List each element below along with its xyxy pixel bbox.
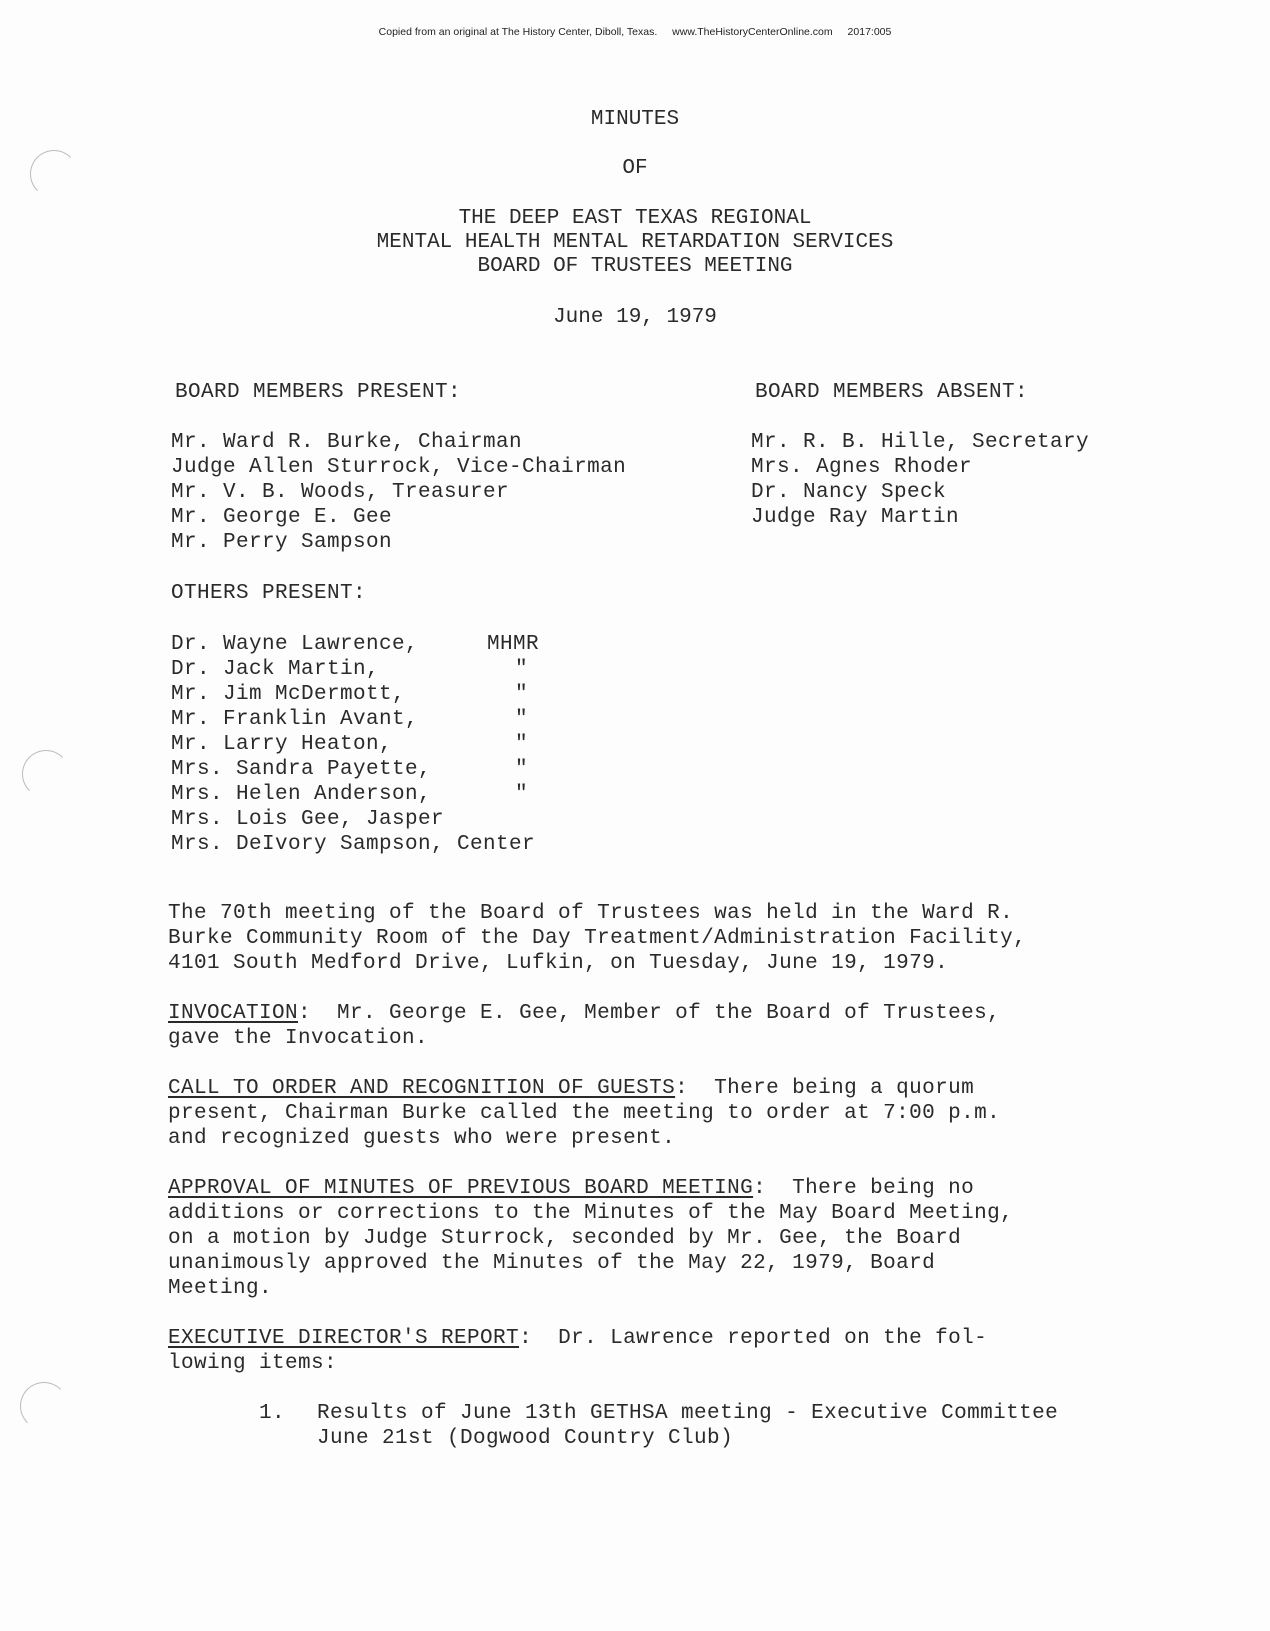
section-heading: INVOCATION <box>168 1002 298 1025</box>
absent-member: Mr. R. B. Hille, Secretary <box>751 430 1089 455</box>
paragraph-text: Meeting. <box>168 1276 272 1301</box>
person-name: Dr. Jack Martin, <box>171 658 379 681</box>
person-org: " <box>515 757 528 782</box>
person-name: Mrs. DeIvory Sampson, Center <box>171 833 535 856</box>
others-row: Mr. Larry Heaton," <box>171 732 535 757</box>
present-member: Mr. George E. Gee <box>171 505 392 530</box>
present-member: Mr. Ward R. Burke, Chairman <box>171 430 522 455</box>
person-name: Mrs. Lois Gee, Jasper <box>171 808 444 831</box>
title-of: OF <box>0 157 1270 181</box>
others-heading: OTHERS PRESENT: <box>171 581 366 606</box>
absent-member: Dr. Nancy Speck <box>751 480 946 505</box>
item-number: 1. <box>259 1401 285 1426</box>
others-row: Mr. Franklin Avant," <box>171 707 535 732</box>
paragraph-text: : There being no <box>753 1177 974 1200</box>
person-name: Mrs. Sandra Payette, <box>171 758 431 781</box>
person-name: Mr. Franklin Avant, <box>171 708 418 731</box>
paragraph-text: present, Chairman Burke called the meeti… <box>168 1101 1000 1126</box>
copy-notice: Copied from an original at The History C… <box>0 26 1270 38</box>
section-heading: EXECUTIVE DIRECTOR'S REPORT <box>168 1327 519 1350</box>
person-name: Mrs. Helen Anderson, <box>171 783 431 806</box>
others-row: Mrs. Lois Gee, Jasper <box>171 807 535 832</box>
absent-heading: BOARD MEMBERS ABSENT: <box>755 380 1028 405</box>
copy-url: www.TheHistoryCenterOnline.com <box>672 26 832 38</box>
paragraph-text: : Mr. George E. Gee, Member of the Board… <box>298 1002 1000 1025</box>
others-row: Mrs. Sandra Payette," <box>171 757 535 782</box>
intro-line: Burke Community Room of the Day Treatmen… <box>168 926 1026 951</box>
others-row: Dr. Wayne Lawrence,MHMR <box>171 632 535 657</box>
title-minutes: MINUTES <box>0 108 1270 132</box>
present-heading: BOARD MEMBERS PRESENT: <box>175 380 461 405</box>
intro-line: 4101 South Medford Drive, Lufkin, on Tue… <box>168 951 948 976</box>
copy-source: Copied from an original at The History C… <box>379 26 658 38</box>
person-org: " <box>515 732 528 757</box>
intro-line: The 70th meeting of the Board of Trustee… <box>168 901 1013 926</box>
person-org: " <box>515 682 528 707</box>
meeting-date: June 19, 1979 <box>0 306 1270 330</box>
others-row: Mrs. Helen Anderson," <box>171 782 535 807</box>
person-name: Mr. Larry Heaton, <box>171 733 392 756</box>
paragraph-text: : There being a quorum <box>675 1077 974 1100</box>
copy-id: 2017:005 <box>848 26 892 38</box>
present-member: Judge Allen Sturrock, Vice-Chairman <box>171 455 626 480</box>
title-org-line3: BOARD OF TRUSTEES MEETING <box>0 255 1270 279</box>
others-row: Mr. Jim McDermott," <box>171 682 535 707</box>
paragraph-text: and recognized guests who were present. <box>168 1126 675 1151</box>
title-org-line1: THE DEEP EAST TEXAS REGIONAL <box>0 207 1270 231</box>
present-member: Mr. Perry Sampson <box>171 530 392 555</box>
section-heading: APPROVAL OF MINUTES OF PREVIOUS BOARD ME… <box>168 1177 753 1200</box>
exec-report-paragraph: EXECUTIVE DIRECTOR'S REPORT: Dr. Lawrenc… <box>168 1326 987 1351</box>
others-row: Mrs. DeIvory Sampson, Center <box>171 832 535 857</box>
absent-member: Judge Ray Martin <box>751 505 959 530</box>
person-org: " <box>515 707 528 732</box>
person-org: " <box>515 782 528 807</box>
absent-member: Mrs. Agnes Rhoder <box>751 455 972 480</box>
call-to-order-paragraph: CALL TO ORDER AND RECOGNITION OF GUESTS:… <box>168 1076 974 1101</box>
present-member: Mr. V. B. Woods, Treasurer <box>171 480 509 505</box>
approval-paragraph: APPROVAL OF MINUTES OF PREVIOUS BOARD ME… <box>168 1176 974 1201</box>
person-name: Mr. Jim McDermott, <box>171 683 405 706</box>
paragraph-text: on a motion by Judge Sturrock, seconded … <box>168 1226 961 1251</box>
person-org: " <box>515 657 528 682</box>
punch-hole-icon <box>20 1382 68 1430</box>
paragraph-text: additions or corrections to the Minutes … <box>168 1201 1013 1226</box>
invocation-paragraph: INVOCATION: Mr. George E. Gee, Member of… <box>168 1001 1000 1026</box>
punch-hole-icon <box>22 750 70 798</box>
title-org-line2: MENTAL HEALTH MENTAL RETARDATION SERVICE… <box>0 231 1270 255</box>
paragraph-text: : Dr. Lawrence reported on the fol- <box>519 1327 987 1350</box>
paragraph-text: gave the Invocation. <box>168 1026 428 1051</box>
item-text: Results of June 13th GETHSA meeting - Ex… <box>317 1401 1058 1426</box>
paragraph-text: unanimously approved the Minutes of the … <box>168 1251 935 1276</box>
item-text: June 21st (Dogwood Country Club) <box>317 1426 733 1451</box>
others-row: Dr. Jack Martin," <box>171 657 535 682</box>
others-list: Dr. Wayne Lawrence,MHMR Dr. Jack Martin,… <box>171 632 535 857</box>
person-org: MHMR <box>487 632 539 657</box>
section-heading: CALL TO ORDER AND RECOGNITION OF GUESTS <box>168 1077 675 1100</box>
paragraph-text: lowing items: <box>168 1351 337 1376</box>
person-name: Dr. Wayne Lawrence, <box>171 633 418 656</box>
